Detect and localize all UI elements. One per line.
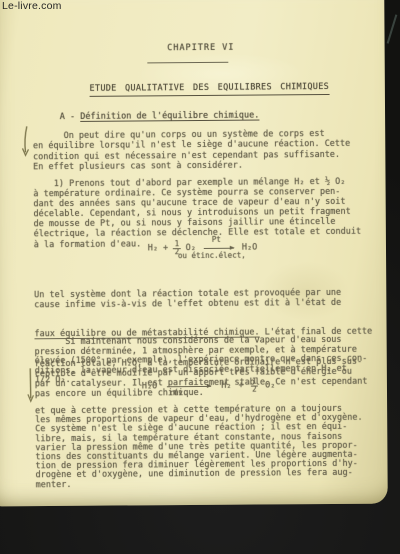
paragraph-equilibrium-shift: et que à cette pression et à cette tempé… — [35, 405, 363, 490]
page-content: CHAPITRE VI ETUDE QUALITATIVE DES EQUILI… — [0, 0, 400, 554]
reaction-arrow-group: Pt ou étinc.élect, — [204, 242, 234, 254]
paragraph-lines: Un tel système dont la réaction totale e… — [34, 288, 372, 310]
chapter-heading: CHAPITRE VI — [167, 43, 234, 54]
reversible-label: rév. — [169, 388, 187, 398]
equation-left-species: H₂ — [148, 244, 158, 254]
photo-backdrop: CHAPITRE VI ETUDE QUALITATIVE DES EQUILI… — [0, 0, 400, 554]
reaction-arrow-group: rév. — [167, 380, 211, 392]
plus-operator: + — [163, 244, 168, 254]
paragraph-definition: On peut dire qu'un corps ou un système d… — [33, 129, 351, 173]
catalyst-label: Pt — [212, 235, 221, 245]
equation-product: H₂ — [221, 381, 231, 391]
pencil-down-arrow-icon — [20, 125, 32, 159]
paragraph-example-1: 1) Prenons tout d'abord par exemple un m… — [33, 177, 361, 250]
equation-water-dissociation: H₂O rév. H₂ + 12 O₂ — [142, 378, 276, 394]
equation-product-2: O₂ — [265, 381, 275, 391]
watermark: Le-livre.com — [2, 0, 62, 12]
section-heading-text: Définition de l'équilibre chimique. — [80, 111, 259, 122]
chapter-underline-rule — [147, 62, 228, 64]
one-half-fraction: 12 — [251, 379, 259, 394]
equation-water-formation: H₂ + 12 O₂ Pt ou étinc.élect, H₂O — [148, 241, 258, 256]
plus-operator: + — [238, 381, 243, 391]
arrow-condition-label: ou étinc.élect, — [178, 251, 246, 262]
section-heading: A - Définition de l'équilibre chimique. — [60, 111, 260, 123]
pencil-down-arrow-icon — [25, 367, 37, 405]
right-arrow-icon — [204, 248, 234, 249]
page-title: ETUDE QUALITATIVE DES EQUILIBRES CHIMIQU… — [89, 82, 329, 96]
section-letter: A - — [60, 112, 81, 122]
equation-left-species: H₂O — [142, 382, 157, 392]
